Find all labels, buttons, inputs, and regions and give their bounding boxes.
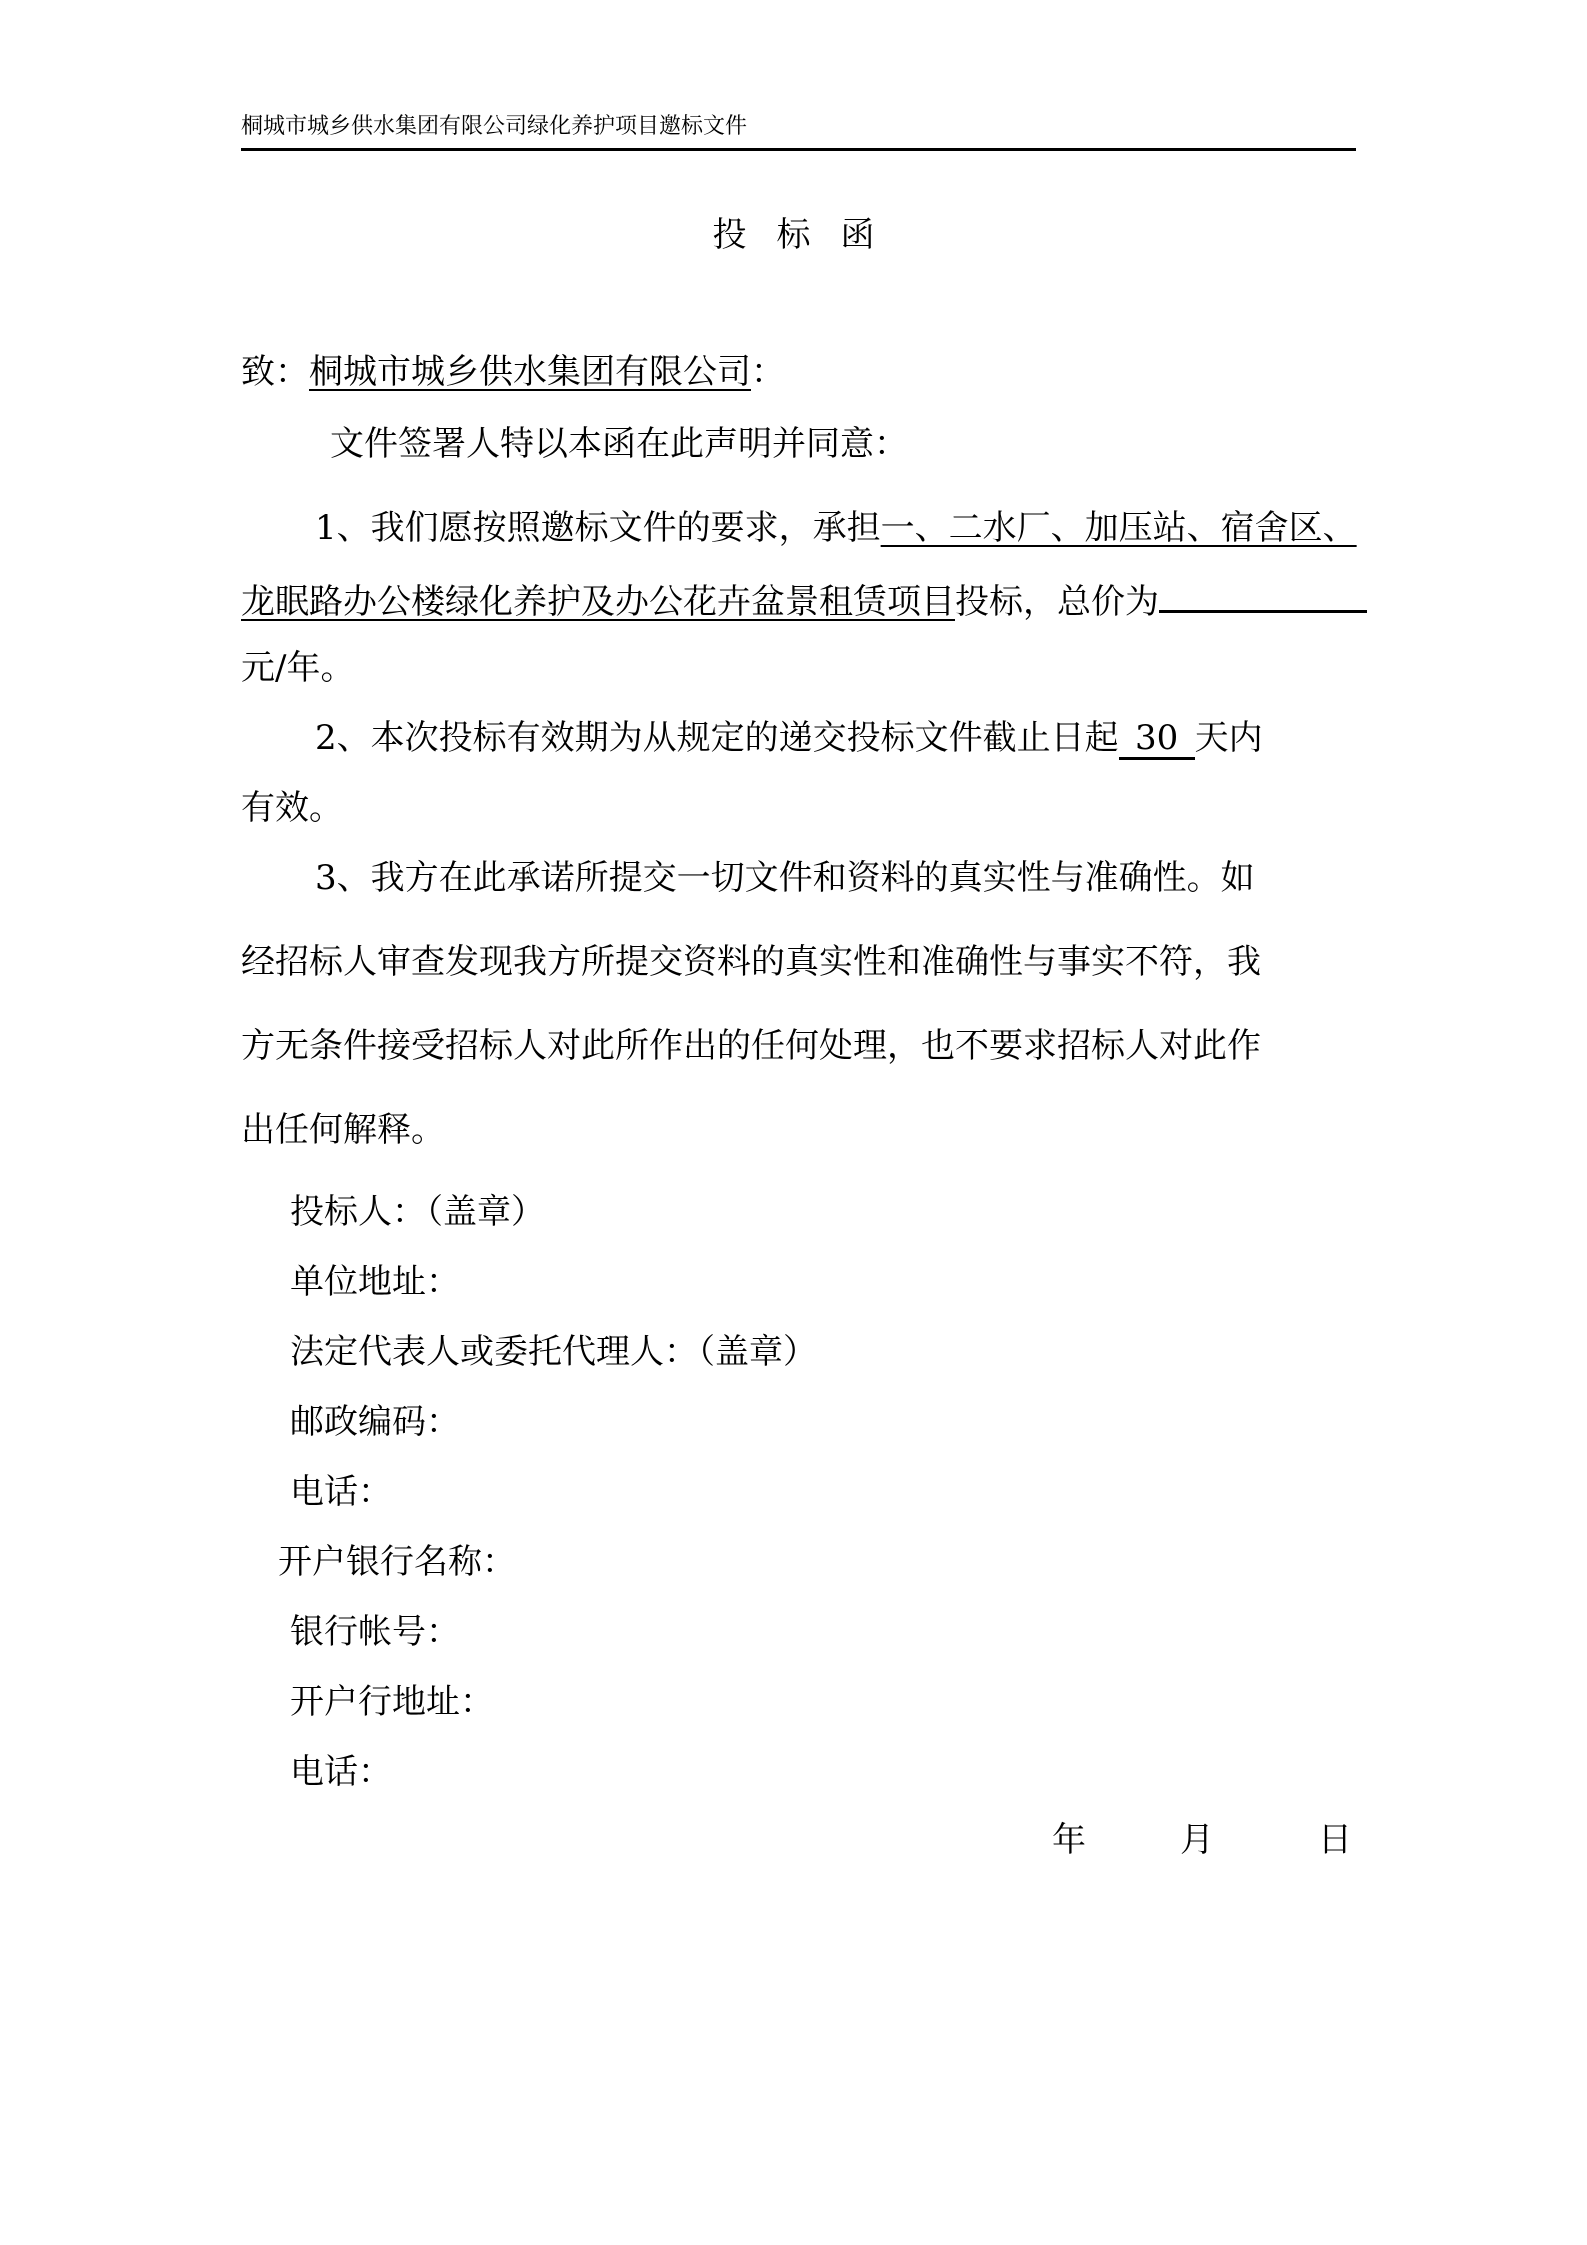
field-bank-phone: 电话： bbox=[290, 1750, 392, 1794]
field-postal-code: 邮政编码： bbox=[290, 1400, 460, 1444]
total-price-field[interactable] bbox=[1159, 576, 1367, 613]
item2-prefix: 2、本次投标有效期为从规定的递交投标文件截止日起 bbox=[315, 718, 1119, 758]
item3-line4: 出任何解释。 bbox=[241, 1108, 445, 1152]
field-bank-name: 开户银行名称： bbox=[278, 1540, 516, 1584]
item1-line1: 1、我们愿按照邀标文件的要求，承担一、二水厂、加压站、宿舍区、 bbox=[315, 506, 1357, 550]
item3-line3: 方无条件接受招标人对此所作出的任何处理，也不要求招标人对此作 bbox=[241, 1024, 1261, 1068]
item2-suffix: 天内 bbox=[1195, 718, 1263, 758]
recipient-name: 桐城市城乡供水集团有限公司 bbox=[309, 352, 751, 392]
addressee-line: 致：桐城市城乡供水集团有限公司： bbox=[241, 350, 785, 394]
item2-line1: 2、本次投标有效期为从规定的递交投标文件截止日起30天内 bbox=[315, 716, 1263, 760]
item1-unit: 元/年。 bbox=[241, 646, 354, 690]
item2-line2: 有效。 bbox=[241, 786, 343, 830]
document-title: 投标函 bbox=[0, 213, 1587, 257]
field-company-address: 单位地址： bbox=[290, 1260, 460, 1304]
item1-line2: 龙眠路办公楼绿化养护及办公花卉盆景租赁项目投标，总价为 bbox=[241, 576, 1367, 624]
date-day: 日 bbox=[1318, 1818, 1352, 1862]
field-bidder-seal: 投标人：（盖章） bbox=[290, 1190, 545, 1234]
field-legal-representative: 法定代表人或委托代理人：（盖章） bbox=[290, 1330, 817, 1374]
item1-mid: 投标，总价为 bbox=[955, 582, 1159, 622]
addressee-prefix: 致： bbox=[241, 352, 309, 392]
item3-line1: 3、我方在此承诺所提交一切文件和资料的真实性与准确性。如 bbox=[315, 856, 1255, 900]
field-bank-address: 开户行地址： bbox=[290, 1680, 494, 1724]
field-bank-account: 银行帐号： bbox=[290, 1610, 460, 1654]
item3-line2: 经招标人审查发现我方所提交资料的真实性和准确性与事实不符，我 bbox=[241, 940, 1261, 984]
item1-prefix: 1、我们愿按照邀标文件的要求，承担 bbox=[315, 508, 881, 548]
field-phone: 电话： bbox=[290, 1470, 392, 1514]
intro-statement: 文件签署人特以本函在此声明并同意： bbox=[330, 422, 908, 466]
running-title: 桐城市城乡供水集团有限公司绿化养护项目邀标文件 bbox=[241, 114, 747, 140]
project-name-part2: 龙眠路办公楼绿化养护及办公花卉盆景租赁项目 bbox=[241, 582, 955, 622]
validity-days-field[interactable]: 30 bbox=[1119, 719, 1195, 760]
date-year: 年 bbox=[1052, 1818, 1086, 1862]
project-name-part1: 一、二水厂、加压站、宿舍区、 bbox=[881, 508, 1357, 548]
page-header: 桐城市城乡供水集团有限公司绿化养护项目邀标文件 bbox=[241, 112, 1356, 151]
addressee-suffix: ： bbox=[751, 352, 785, 392]
date-month: 月 bbox=[1180, 1818, 1214, 1862]
